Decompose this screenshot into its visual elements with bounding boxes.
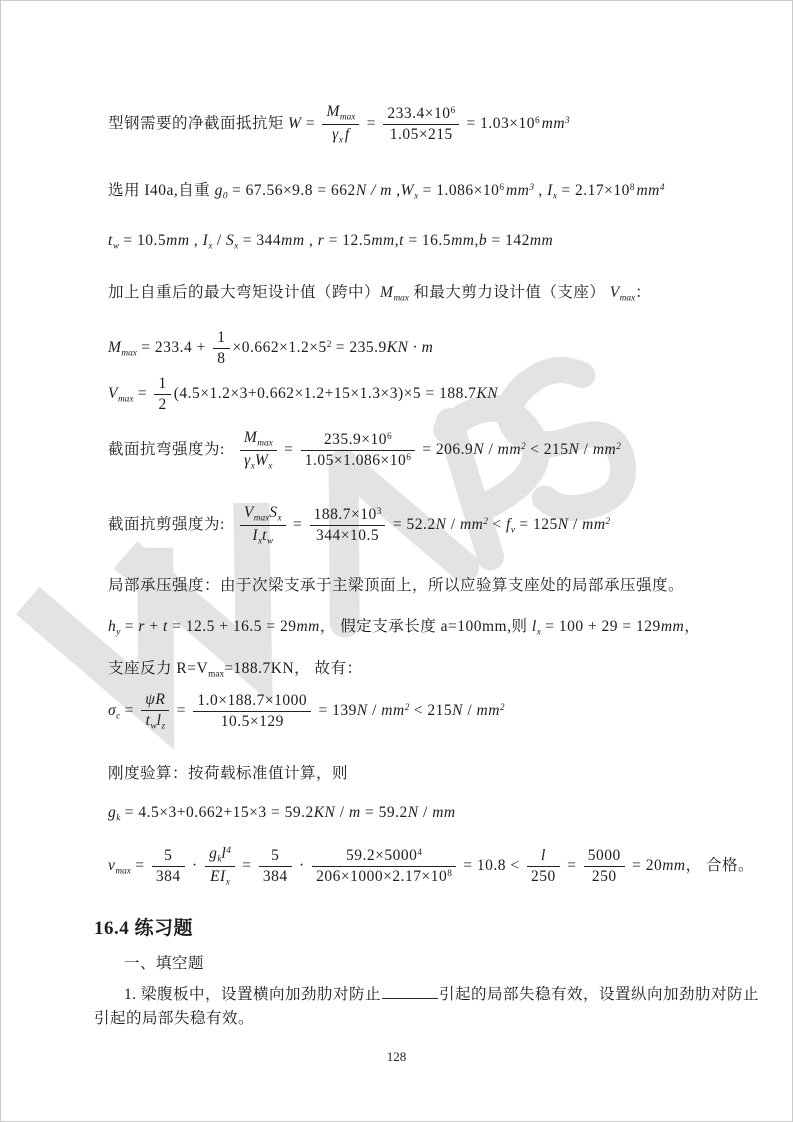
text-run: = xyxy=(133,385,151,402)
math-variable: KN xyxy=(476,385,498,402)
formula-shear-strength-check: 截面抗剪强度为:VmaxSxIxtw = 188.7×103344×10.5 =… xyxy=(94,504,732,547)
fraction-numerator: 5000 xyxy=(584,847,625,867)
math-variable: KN xyxy=(314,804,336,821)
math-variable: tw xyxy=(262,527,273,544)
math-variable: gk xyxy=(108,804,120,821)
math-variable: fv xyxy=(506,516,515,533)
math-variable: Vmax xyxy=(244,504,269,521)
math-variable: mm2 xyxy=(460,516,488,533)
fraction-denominator: Ixtw xyxy=(240,526,286,547)
text-run: 233.4×106 xyxy=(387,105,455,122)
text-run: 250 xyxy=(531,868,556,885)
math-variable: ψR xyxy=(145,691,165,708)
question-1-line-2: 引起的局部失稳有效。 xyxy=(94,1009,732,1029)
math-variable: mm2 xyxy=(381,702,409,719)
math-variable: hy xyxy=(108,618,120,635)
text-run: ， 合格。 xyxy=(686,857,754,874)
fraction-denominator: 384 xyxy=(152,867,185,886)
math-variable: mm xyxy=(371,232,394,249)
formula-max-shear: Vmax = 12(4.5×1.2×3+0.662×1.2+15×1.3×3)×… xyxy=(94,375,732,414)
text-run: / xyxy=(335,804,349,821)
fraction-numerator: 233.4×106 xyxy=(383,105,459,125)
text-run: = 16.5 xyxy=(404,232,451,249)
math-variable: mm2 xyxy=(593,441,621,458)
math-variable: γx xyxy=(244,452,255,469)
text-run: 16.4 练习题 xyxy=(94,918,193,939)
math-variable: Ix xyxy=(547,182,557,199)
text-run: 59.2×50004 xyxy=(346,847,422,864)
text-run: 和最大剪力设计值（支座） xyxy=(409,284,610,301)
text-run: < xyxy=(488,516,506,533)
math-variable: N xyxy=(568,441,579,458)
fraction-numerator: 235.9×106 xyxy=(301,431,415,451)
text-run: = xyxy=(172,702,190,719)
text-run: = 2.17×108 xyxy=(557,182,635,199)
fraction: Mmaxγxf xyxy=(322,103,359,146)
math-variable: mm xyxy=(451,232,474,249)
text-run: = xyxy=(120,618,138,635)
math-variable: Mmax xyxy=(108,339,137,356)
formula-net-section-modulus: 型钢需要的净截面抵抗矩W = Mmaxγxf = 233.4×1061.05×2… xyxy=(94,103,732,146)
text-run: 一、填空题 xyxy=(124,955,204,972)
math-variable: mm xyxy=(432,804,455,821)
text-run: = 52.2 xyxy=(388,516,435,533)
text-run: 支座反力 R=Vmax xyxy=(108,660,224,677)
text-run: = 1.03×106 xyxy=(462,115,540,132)
fraction: 233.4×1061.05×215 xyxy=(383,105,459,144)
spacer xyxy=(225,453,237,454)
fraction-numerator: 1.0×188.7×1000 xyxy=(193,692,311,712)
text-run: / xyxy=(463,702,477,719)
text-run: + xyxy=(145,618,163,635)
math-variable: mm2 xyxy=(477,702,505,719)
math-variable: mm xyxy=(661,618,684,635)
math-variable: mm xyxy=(281,232,304,249)
fraction-denominator: 206×1000×2.17×108 xyxy=(312,867,456,886)
fraction-denominator: 344×10.5 xyxy=(310,526,386,545)
text-run: = xyxy=(362,115,380,132)
math-variable: lx xyxy=(532,618,541,635)
text-run: ： xyxy=(635,284,651,301)
text-run: 206×1000×2.17×108 xyxy=(316,868,452,885)
document-page: 型钢需要的净截面抵抗矩W = Mmaxγxf = 233.4×1061.05×2… xyxy=(0,0,793,1122)
math-variable: Sx xyxy=(226,232,238,249)
fraction-numerator: 5 xyxy=(259,847,292,867)
text-run: / xyxy=(419,804,433,821)
fraction: MmaxγxWx xyxy=(240,429,277,472)
math-variable: tw xyxy=(146,712,157,729)
fraction-denominator: 1.05×215 xyxy=(383,125,459,144)
text-run: 2 xyxy=(158,396,166,413)
text-run: = 100 + 29 = 129 xyxy=(541,618,661,635)
text-run: / xyxy=(446,516,460,533)
paragraph-design-values-intro: 加上自重后的最大弯矩设计值（跨中）Mmax 和最大剪力设计值（支座） Vmax： xyxy=(94,283,732,304)
text-run: < 215 xyxy=(526,441,569,458)
paragraph-stiffness-check-intro: 刚度验算：按荷载标准值计算，则 xyxy=(94,764,732,784)
math-variable: N xyxy=(452,702,463,719)
fill-in-blank xyxy=(382,983,438,999)
text-run: / xyxy=(569,516,583,533)
fraction: ψRtwlz xyxy=(141,691,169,732)
fraction: 12 xyxy=(154,375,170,414)
fraction: 1.0×188.7×100010.5×129 xyxy=(193,692,311,731)
formula-local-compression-stress: σc = ψRtwlz = 1.0×188.7×100010.5×129 = 1… xyxy=(94,691,732,732)
text-run: 5 xyxy=(164,847,172,864)
text-run: 型钢需要的净截面抵抗矩 xyxy=(108,115,284,132)
text-run: = xyxy=(289,516,307,533)
text-run: 1. 梁腹板中，设置横向加劲肋对防止 xyxy=(124,986,381,1003)
text-run: = xyxy=(280,441,298,458)
math-variable: Ix xyxy=(252,527,262,544)
math-variable: Mmax xyxy=(380,284,409,301)
math-variable: b xyxy=(479,232,487,249)
fraction-numerator: l xyxy=(527,847,560,867)
text-run: 384 xyxy=(156,868,181,885)
text-run: , xyxy=(305,232,318,249)
fraction-numerator: gkl4 xyxy=(205,845,235,867)
math-variable: Ix xyxy=(203,232,213,249)
fraction-denominator: twlz xyxy=(141,711,169,732)
text-run: ×0.662×1.2×52 xyxy=(233,339,332,356)
text-run: = xyxy=(120,702,138,719)
text-run: =188.7KN， 故有： xyxy=(224,660,362,677)
text-run: 8 xyxy=(217,350,225,367)
math-variable: l4 xyxy=(221,845,230,862)
math-variable: mm2 xyxy=(498,441,526,458)
text-run: 1 xyxy=(158,375,166,392)
math-variable: lz xyxy=(157,712,165,729)
math-variable: EIx xyxy=(210,868,230,885)
page-number: 128 xyxy=(1,1049,792,1065)
fraction-numerator: VmaxSx xyxy=(240,504,286,526)
math-variable: N / m xyxy=(356,182,392,199)
math-variable: N xyxy=(357,702,368,719)
fraction: l250 xyxy=(527,847,560,886)
text-run: 250 xyxy=(592,868,617,885)
fraction-denominator: EIx xyxy=(205,867,235,888)
fraction: 18 xyxy=(213,329,229,368)
text-run: = 10.5 xyxy=(119,232,166,249)
text-run: (4.5×1.2×3+0.662×1.2+15×1.3×3)×5 = 188.7 xyxy=(174,385,477,402)
fraction-denominator: 250 xyxy=(584,867,625,886)
fraction-numerator: 1 xyxy=(154,375,170,395)
fraction-numerator: 188.7×103 xyxy=(310,506,386,526)
text-run: 10.5×129 xyxy=(221,713,284,730)
math-variable: Sx xyxy=(269,504,281,521)
fraction-numerator: 1 xyxy=(213,329,229,349)
text-run: = xyxy=(563,857,581,874)
text-run: 截面抗剪强度为: xyxy=(108,516,225,533)
math-variable: W xyxy=(288,115,301,132)
paragraph-support-reaction: 支座反力 R=Vmax=188.7KN， 故有： xyxy=(94,659,732,680)
text-run: = 10.8 < xyxy=(459,857,524,874)
math-variable: mm2 xyxy=(582,516,610,533)
fraction-denominator: γxWx xyxy=(240,451,277,472)
fraction-denominator: 2 xyxy=(154,395,170,414)
math-variable: mm3 xyxy=(506,182,534,199)
text-run: = 12.5 + 16.5 = 29 xyxy=(168,618,297,635)
formula-deflection-check: vmax = 5384 · gkl4EIx = 5384 · 59.2×5000… xyxy=(94,845,732,888)
text-run: 刚度验算：按荷载标准值计算，则 xyxy=(108,765,348,782)
fraction-denominator: γxf xyxy=(322,125,359,146)
text-run: 加上自重后的最大弯矩设计值（跨中） xyxy=(108,284,380,301)
text-run: 5000 xyxy=(588,847,621,864)
text-run: · xyxy=(295,857,309,874)
fraction-numerator: Mmax xyxy=(240,429,277,451)
text-run: = xyxy=(238,857,256,874)
math-variable: N xyxy=(558,516,569,533)
text-run: 1 xyxy=(217,329,225,346)
subsection-fill-in-blanks: 一、填空题 xyxy=(94,954,732,974)
question-1-line-1: 1. 梁腹板中，设置横向加劲肋对防止引起的局部失稳有效，设置纵向加劲肋对防止 xyxy=(94,983,732,1005)
math-variable: gk xyxy=(209,845,221,862)
formula-max-moment: Mmax = 233.4 + 18×0.662×1.2×52 = 235.9KN… xyxy=(94,329,732,368)
fraction-numerator: ψR xyxy=(141,691,169,711)
fraction-numerator: 5 xyxy=(152,847,185,867)
text-run: 1.05×215 xyxy=(390,126,453,143)
fraction-denominator: 250 xyxy=(527,867,560,886)
text-run: 5 xyxy=(271,847,279,864)
math-variable: Wx xyxy=(255,452,273,469)
math-variable: m xyxy=(349,804,361,821)
text-run: = 344 xyxy=(238,232,281,249)
text-run: = 235.9 xyxy=(331,339,386,356)
fraction: 59.2×50004206×1000×2.17×108 xyxy=(312,847,456,886)
math-variable: mm xyxy=(530,232,553,249)
text-run: · xyxy=(188,857,202,874)
fraction-denominator: 8 xyxy=(213,349,229,368)
math-variable: l xyxy=(541,847,546,864)
text-run: / xyxy=(484,441,498,458)
fraction-denominator: 1.05×1.086×106 xyxy=(301,451,415,470)
math-variable: g0 xyxy=(215,182,228,199)
math-variable: N xyxy=(436,516,447,533)
text-run: = 4.5×3+0.662+15×3 = 59.2 xyxy=(120,804,313,821)
text-run: = xyxy=(301,115,319,132)
math-variable: Vmax xyxy=(108,385,133,402)
text-run: 235.9×106 xyxy=(324,431,392,448)
text-run: = 139 xyxy=(314,702,357,719)
math-variable: Mmax xyxy=(326,103,355,120)
fraction-denominator: 10.5×129 xyxy=(193,712,311,731)
text-run: , xyxy=(190,232,203,249)
text-run: 截面抗弯强度为: xyxy=(108,441,225,458)
text-run: 引起的局部失稳有效，设置纵向加劲肋对防止 xyxy=(439,986,759,1003)
text-run: / xyxy=(579,441,593,458)
text-run: 引起的局部失稳有效。 xyxy=(94,1010,254,1027)
fraction: 235.9×1061.05×1.086×106 xyxy=(301,431,415,470)
math-variable: tw xyxy=(108,232,119,249)
text-run: = xyxy=(131,857,149,874)
text-run: ， xyxy=(684,618,700,635)
text-run: = 67.56×9.8 = 662 xyxy=(228,182,356,199)
text-run: / xyxy=(368,702,382,719)
math-variable: σc xyxy=(108,702,120,719)
fraction: 5384 xyxy=(259,847,292,886)
fraction: 5384 xyxy=(152,847,185,886)
text-run: = 206.9 xyxy=(418,441,473,458)
text-run: 局部承压强度：由于次梁支承于主梁顶面上，所以应验算支座处的局部承压强度。 xyxy=(108,577,684,594)
fraction-numerator: Mmax xyxy=(322,103,359,125)
math-variable: Vmax xyxy=(610,284,635,301)
text-run: = 20 xyxy=(628,857,663,874)
math-variable: Wx xyxy=(401,182,419,199)
formula-section-dimensions: tw = 10.5mm , Ix / Sx = 344mm , r = 12.5… xyxy=(94,231,732,252)
text-run: = 59.2 xyxy=(361,804,408,821)
text-run: = 1.086×106 xyxy=(418,182,504,199)
math-variable: mm3 xyxy=(542,115,570,132)
math-variable: N xyxy=(473,441,484,458)
fraction: VmaxSxIxtw xyxy=(240,504,286,547)
formula-bending-strength-check: 截面抗弯强度为:MmaxγxWx = 235.9×1061.05×1.086×1… xyxy=(94,429,732,472)
fraction: 188.7×103344×10.5 xyxy=(310,506,386,545)
math-variable: mm xyxy=(296,618,319,635)
math-variable: KN · m xyxy=(387,339,434,356)
formula-bearing-length: hy = r + t = 12.5 + 16.5 = 29mm， 假定支承长度 … xyxy=(94,617,732,638)
math-variable: mm xyxy=(166,232,189,249)
text-run: = 125 xyxy=(515,516,558,533)
text-run: 1.05×1.086×106 xyxy=(305,452,411,469)
text-run: / xyxy=(212,232,226,249)
formula-selected-section-properties: 选用 I40a,自重 g0 = 67.56×9.8 = 662N / m ,Wx… xyxy=(94,181,732,202)
text-run: , xyxy=(392,182,401,199)
paragraph-local-compression-intro: 局部承压强度：由于次梁支承于主梁顶面上，所以应验算支座处的局部承压强度。 xyxy=(94,576,732,596)
fraction-numerator: 59.2×50004 xyxy=(312,847,456,867)
text-run: = 233.4 + xyxy=(137,339,210,356)
spacer xyxy=(225,528,237,529)
math-variable: Mmax xyxy=(244,429,273,446)
text-run: , xyxy=(534,182,547,199)
fraction: gkl4EIx xyxy=(205,845,235,888)
text-run: 1.0×188.7×1000 xyxy=(197,692,307,709)
fraction-denominator: 384 xyxy=(259,867,292,886)
section-heading-16-4: 16.4 练习题 xyxy=(94,917,732,942)
math-variable: mm xyxy=(662,857,685,874)
text-run: < 215 xyxy=(409,702,452,719)
math-variable: mm4 xyxy=(636,182,664,199)
text-run: = 142 xyxy=(487,232,530,249)
math-variable: N xyxy=(408,804,419,821)
math-variable: vmax xyxy=(108,857,131,874)
math-variable: f xyxy=(345,126,350,143)
text-run: 344×10.5 xyxy=(316,527,379,544)
text-run: 188.7×103 xyxy=(314,506,382,523)
text-run: = 12.5 xyxy=(324,232,371,249)
text-run: 选用 I40a,自重 xyxy=(108,182,215,199)
text-run: ， 假定支承长度 a=100mm,则 xyxy=(320,618,532,635)
math-variable: γx xyxy=(332,126,343,143)
text-run: 384 xyxy=(263,868,288,885)
fraction: 5000250 xyxy=(584,847,625,886)
formula-characteristic-load: gk = 4.5×3+0.662+15×3 = 59.2KN / m = 59.… xyxy=(94,803,732,824)
